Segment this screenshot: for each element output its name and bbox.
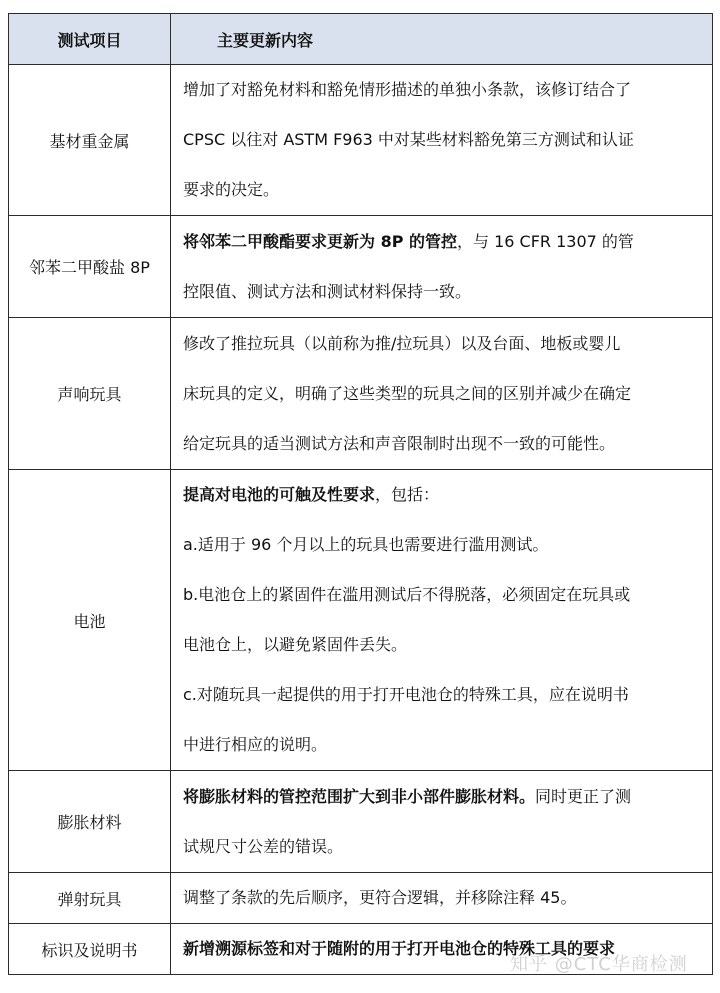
table-row: 基材重金属 增加了对豁免材料和豁免情形描述的单独小条款，该修订结合了 CPSC … [9,65,713,216]
row-item: 电池 [9,470,171,771]
content-line: 电池仓上，以避免紧固件丢失。 [183,620,702,670]
content-line: 将邻苯二甲酸酯要求更新为 8P 的管控，与 16 CFR 1307 的管 [183,217,702,267]
content-line: 修改了推拉玩具（以前称为推/拉玩具）以及台面、地板或婴儿 [183,319,702,369]
row-item: 邻苯二甲酸盐 8P [9,216,171,318]
row-item: 声响玩具 [9,318,171,470]
content-line: 给定玩具的适当测试方法和声音限制时出现不一致的可能性。 [183,419,702,469]
content-line: a.适用于 96 个月以上的玩具也需要进行滥用测试。 [183,520,702,570]
row-item: 标识及说明书 [9,924,171,975]
watermark: 知乎 @CTC华商检测 [510,950,688,976]
table-row: 膨胀材料 将膨胀材料的管控范围扩大到非小部件膨胀材料。同时更正了测 试规尺寸公差… [9,771,713,873]
content-line: 将膨胀材料的管控范围扩大到非小部件膨胀材料。同时更正了测 [183,772,702,822]
row-content: 调整了条款的先后顺序，更符合逻辑，并移除注释 45。 [171,873,713,924]
content-line: 控限值、测试方法和测试材料保持一致。 [183,267,702,317]
row-item: 弹射玩具 [9,873,171,924]
content-line: CPSC 以往对 ASTM F963 中对某些材料豁免第三方测试和认证 [183,115,702,165]
header-row: 测试项目 主要更新内容 [9,14,713,65]
table-row: 电池 提高对电池的可触及性要求，包括： a.适用于 96 个月以上的玩具也需要进… [9,470,713,771]
table-row: 邻苯二甲酸盐 8P 将邻苯二甲酸酯要求更新为 8P 的管控，与 16 CFR 1… [9,216,713,318]
table-row: 声响玩具 修改了推拉玩具（以前称为推/拉玩具）以及台面、地板或婴儿 床玩具的定义… [9,318,713,470]
content-line: 提高对电池的可触及性要求，包括： [183,470,702,520]
row-content: 提高对电池的可触及性要求，包括： a.适用于 96 个月以上的玩具也需要进行滥用… [171,470,713,771]
content-line: c.对随玩具一起提供的用于打开电池仓的特殊工具，应在说明书 [183,670,702,720]
header-item: 测试项目 [9,14,171,65]
table-row: 弹射玩具 调整了条款的先后顺序，更符合逻辑，并移除注释 45。 [9,873,713,924]
row-item: 基材重金属 [9,65,171,216]
header-content: 主要更新内容 [171,14,713,65]
row-item: 膨胀材料 [9,771,171,873]
row-content: 增加了对豁免材料和豁免情形描述的单独小条款，该修订结合了 CPSC 以往对 AS… [171,65,713,216]
content-line: b.电池仓上的紧固件在滥用测试后不得脱落，必须固定在玩具或 [183,570,702,620]
content-line: 调整了条款的先后顺序，更符合逻辑，并移除注释 45。 [183,873,702,923]
row-content: 将膨胀材料的管控范围扩大到非小部件膨胀材料。同时更正了测 试规尺寸公差的错误。 [171,771,713,873]
update-table: 测试项目 主要更新内容 基材重金属 增加了对豁免材料和豁免情形描述的单独小条款，… [8,13,713,975]
content-line: 中进行相应的说明。 [183,720,702,770]
content-line: 要求的决定。 [183,165,702,215]
row-content: 修改了推拉玩具（以前称为推/拉玩具）以及台面、地板或婴儿 床玩具的定义，明确了这… [171,318,713,470]
row-content: 将邻苯二甲酸酯要求更新为 8P 的管控，与 16 CFR 1307 的管 控限值… [171,216,713,318]
content-line: 增加了对豁免材料和豁免情形描述的单独小条款，该修订结合了 [183,65,702,115]
content-line: 试规尺寸公差的错误。 [183,822,702,872]
content-line: 床玩具的定义，明确了这些类型的玩具之间的区别并减少在确定 [183,369,702,419]
